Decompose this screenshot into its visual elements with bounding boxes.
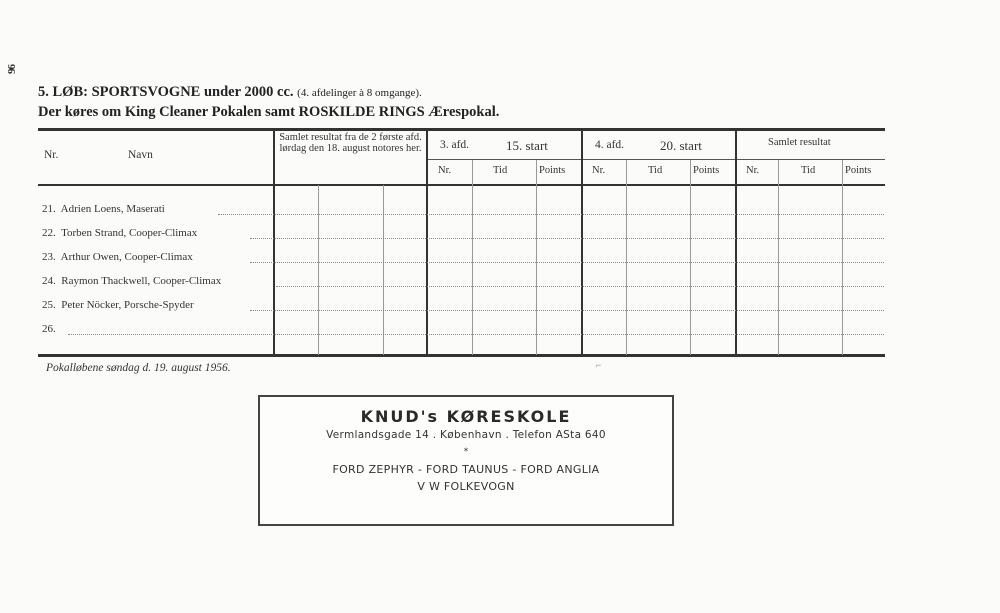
advertisement-box: KNUD's KØRESKOLE Vermlandsgade 14 . Købe…	[258, 395, 674, 526]
subheader-afd4-nr: Nr.	[592, 165, 605, 176]
subheader-afd3-nr: Nr.	[438, 165, 451, 176]
header-afd4-start: 20. start	[660, 138, 702, 154]
table-row: 24. Raymon Thackwell, Cooper-Climax	[42, 275, 221, 287]
subheader-rule	[426, 159, 885, 160]
header-samlet: Samlet resultat	[768, 137, 831, 148]
row-dotted-line	[68, 334, 884, 335]
row-dotted-line	[250, 262, 884, 263]
col-divider-afd3	[426, 129, 428, 355]
row-number: 26.	[42, 323, 56, 335]
row-number: 21.	[42, 203, 56, 215]
row-dotted-line	[250, 238, 884, 239]
row-driver: Peter Nöcker, Porsche-Spyder	[61, 299, 193, 311]
subheader-samlet-tid: Tid	[801, 165, 815, 176]
col-samlet-points	[842, 160, 843, 355]
table-row: 22. Torben Strand, Cooper-Climax	[42, 227, 197, 239]
header-bottom-rule	[38, 184, 885, 186]
subheader-afd4-tid: Tid	[648, 165, 662, 176]
row-dotted-line	[250, 310, 884, 311]
table-row: 26.	[42, 323, 59, 335]
subheader-afd3-tid: Tid	[493, 165, 507, 176]
header-nr: Nr.	[44, 149, 58, 161]
race-title: 5. LØB: SPORTSVOGNE under 2000 cc. (4. a…	[38, 84, 422, 101]
col-afd3-points	[536, 160, 537, 355]
ad-address: Vermlandsgade 14 . København . Telefon A…	[260, 429, 672, 441]
header-afd4: 4. afd.	[595, 139, 624, 151]
race-trophy-line: Der køres om King Cleaner Pokalen samt R…	[38, 104, 499, 121]
subheader-samlet-nr: Nr.	[746, 165, 759, 176]
table-row: 25. Peter Nöcker, Porsche-Spyder	[42, 299, 194, 311]
col-afd3-tid	[472, 160, 473, 355]
header-samlet-fra: Samlet resultat fra de 2 første afd. lør…	[277, 132, 424, 154]
row-number: 23.	[42, 251, 56, 263]
table-row: 23. Arthur Owen, Cooper-Climax	[42, 251, 193, 263]
race-title-main: 5. LØB: SPORTSVOGNE under 2000 cc.	[38, 84, 294, 100]
page-number: 96	[6, 44, 20, 74]
race-title-subnote: (4. afdelinger à 8 omgange).	[297, 87, 422, 99]
col-samlet-fra-sub2	[383, 185, 384, 355]
table-row: 21. Adrien Loens, Maserati	[42, 203, 165, 215]
header-afd3: 3. afd.	[440, 139, 469, 151]
subheader-afd3-points: Points	[539, 165, 565, 176]
row-number: 24.	[42, 275, 56, 287]
table-top-rule	[38, 128, 885, 131]
row-number: 25.	[42, 299, 56, 311]
row-dotted-line	[218, 214, 884, 215]
header-afd3-start: 15. start	[506, 138, 548, 154]
col-afd4-points	[690, 160, 691, 355]
row-driver: Adrien Loens, Maserati	[61, 203, 165, 215]
row-driver: Arthur Owen, Cooper-Climax	[61, 251, 193, 263]
col-divider-samlet	[735, 129, 737, 355]
subheader-afd4-points: Points	[693, 165, 719, 176]
col-samlet-tid	[778, 160, 779, 355]
subheader-samlet-points: Points	[845, 165, 871, 176]
col-divider-afd4	[581, 129, 583, 355]
ad-separator-star-icon: *	[260, 447, 672, 457]
stray-print-mark: ⌐	[596, 360, 601, 370]
ad-car-models-vw: V W FOLKEVOGN	[260, 480, 672, 493]
cup-race-date-note: Pokalløbene søndag d. 19. august 1956.	[46, 362, 231, 374]
table-bottom-rule	[38, 354, 885, 357]
row-driver: Torben Strand, Cooper-Climax	[61, 227, 197, 239]
header-navn: Navn	[128, 149, 153, 161]
row-driver: Raymon Thackwell, Cooper-Climax	[61, 275, 221, 287]
ad-car-models: FORD ZEPHYR - FORD TAUNUS - FORD ANGLIA	[260, 463, 672, 476]
row-number: 22.	[42, 227, 56, 239]
row-dotted-line	[276, 286, 884, 287]
col-samlet-fra-sub1	[318, 185, 319, 355]
ad-title: KNUD's KØRESKOLE	[260, 407, 672, 426]
col-divider-name	[273, 129, 275, 355]
col-afd4-tid	[626, 160, 627, 355]
